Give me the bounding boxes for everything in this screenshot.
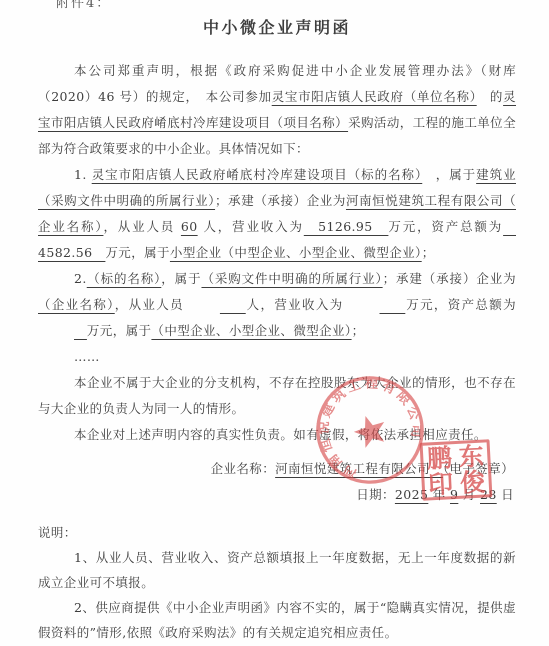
text-segment: ； bbox=[352, 323, 365, 338]
ellipsis-line: …… bbox=[38, 344, 516, 370]
document-title: 中小微企业声明函 bbox=[38, 16, 516, 40]
item-number: 1. bbox=[74, 167, 92, 182]
text-segment: 年 bbox=[428, 487, 450, 502]
industry-placeholder: （采购文件中明确的所属行业） bbox=[201, 271, 382, 286]
note-item-2: 2、供应商提供《中小企业声明函》内容不实的，属于“隐瞒真实情况，提供虚假资料的”… bbox=[38, 595, 516, 645]
text-segment: 万元，资产总额为 bbox=[388, 219, 503, 234]
text-segment: ，从业人员 bbox=[115, 297, 184, 312]
paragraph-no-affiliation: 本企业不属于大企业的分支机构，不存在控股股东为大企业的情形，也不存在与大企业的负… bbox=[38, 370, 516, 422]
paragraph-item-2: 2.（标的名称），属于（采购文件中明确的所属行业）；承建（承接）企业为（企业名称… bbox=[38, 266, 516, 344]
blank-field bbox=[38, 318, 87, 344]
text-segment: 日 bbox=[497, 487, 514, 502]
company-signature-line: 企业名称：河南恒悦建筑工程有限公司 （电子签章） bbox=[38, 456, 516, 482]
text-segment: ；承建（承接）企业为 bbox=[215, 193, 346, 208]
text-segment: ，属于 bbox=[161, 271, 201, 286]
date-label: 日期： bbox=[356, 487, 395, 502]
text-segment: 万元，属于 bbox=[87, 323, 152, 338]
text-segment: 月 bbox=[458, 487, 480, 502]
enterprise-size: 小型企业（中型企业、小型企业、微型企业） bbox=[170, 245, 422, 260]
enterprise-size-placeholder: （中型企业、小型企业、微型企业） bbox=[151, 323, 351, 338]
company-placeholder: （企业名称） bbox=[38, 297, 115, 312]
text-segment: 人，营业收入为 bbox=[198, 219, 304, 234]
paragraph-item-1: 1. 灵宝市阳店镇人民政府崤底村冷库建设项目（标的名称） ，属于建筑业（采购文件… bbox=[38, 162, 516, 266]
text-segment: 人，营业收入为 bbox=[246, 297, 344, 312]
text-segment: 的 bbox=[477, 89, 503, 104]
text-segment: 万元，属于 bbox=[105, 245, 170, 260]
paragraph-intro: 本公司郑重声明，根据《政府采购促进中小企业发展管理办法》（财库（2020）46 … bbox=[38, 58, 516, 162]
text-segment: ，从业人员 bbox=[103, 219, 180, 234]
subject-name: 灵宝市阳店镇人民政府崤底村冷库建设项目（标的名称） bbox=[92, 167, 423, 182]
note-item-1: 1、从业人员、营业收入、资产总额填报上一年度数据，无上一年度数据的新成立企业可不… bbox=[38, 545, 516, 595]
date-day: 28 bbox=[480, 487, 497, 502]
purchaser-name: 灵宝市阳店镇人民政府（单位名称） bbox=[272, 89, 477, 104]
date-line: 日期：2025 年 9 月 28 日 bbox=[38, 482, 516, 508]
company-name-label: 企业名称： bbox=[211, 461, 276, 476]
esign-note: （电子签章） bbox=[443, 461, 514, 476]
paragraph-truthfulness: 本企业对上述声明内容的真实性负责。如有虚假，将依法承担相应责任。 bbox=[38, 422, 516, 448]
notes-section: 说明： 1、从业人员、营业收入、资产总额填报上一年度数据，无上一年度数据的新成立… bbox=[38, 520, 516, 645]
declaration-document-page: 附件4： 中小微企业声明函 本公司郑重声明，根据《政府采购促进中小企业发展管理办… bbox=[0, 0, 549, 646]
text-segment: 万元，资产总额为 bbox=[405, 297, 516, 312]
blank-field bbox=[430, 461, 443, 476]
notes-label: 说明： bbox=[38, 520, 516, 545]
revenue-amount: 5126.95 bbox=[304, 219, 389, 234]
document-content: 中小微企业声明函 本公司郑重声明，根据《政府采购促进中小企业发展管理办法》（财库… bbox=[0, 16, 549, 645]
item-number: 2. bbox=[74, 271, 87, 286]
subject-name-placeholder: （标的名称） bbox=[87, 271, 162, 286]
text-segment: ； bbox=[422, 245, 435, 260]
employee-count: 60 bbox=[181, 219, 198, 234]
blank-field bbox=[184, 292, 246, 318]
signature-company-name: 河南恒悦建筑工程有限公司 bbox=[275, 461, 430, 476]
blank-field bbox=[344, 292, 406, 318]
text-segment: ；承建（承接）企业为 bbox=[383, 271, 516, 286]
attachment-label-cropped: 附件4： bbox=[56, 0, 111, 17]
date-year: 2025 bbox=[395, 487, 428, 502]
text-segment: ，属于 bbox=[422, 167, 476, 182]
signature-block: 企业名称：河南恒悦建筑工程有限公司 （电子签章） 日期：2025 年 9 月 2… bbox=[38, 456, 516, 508]
